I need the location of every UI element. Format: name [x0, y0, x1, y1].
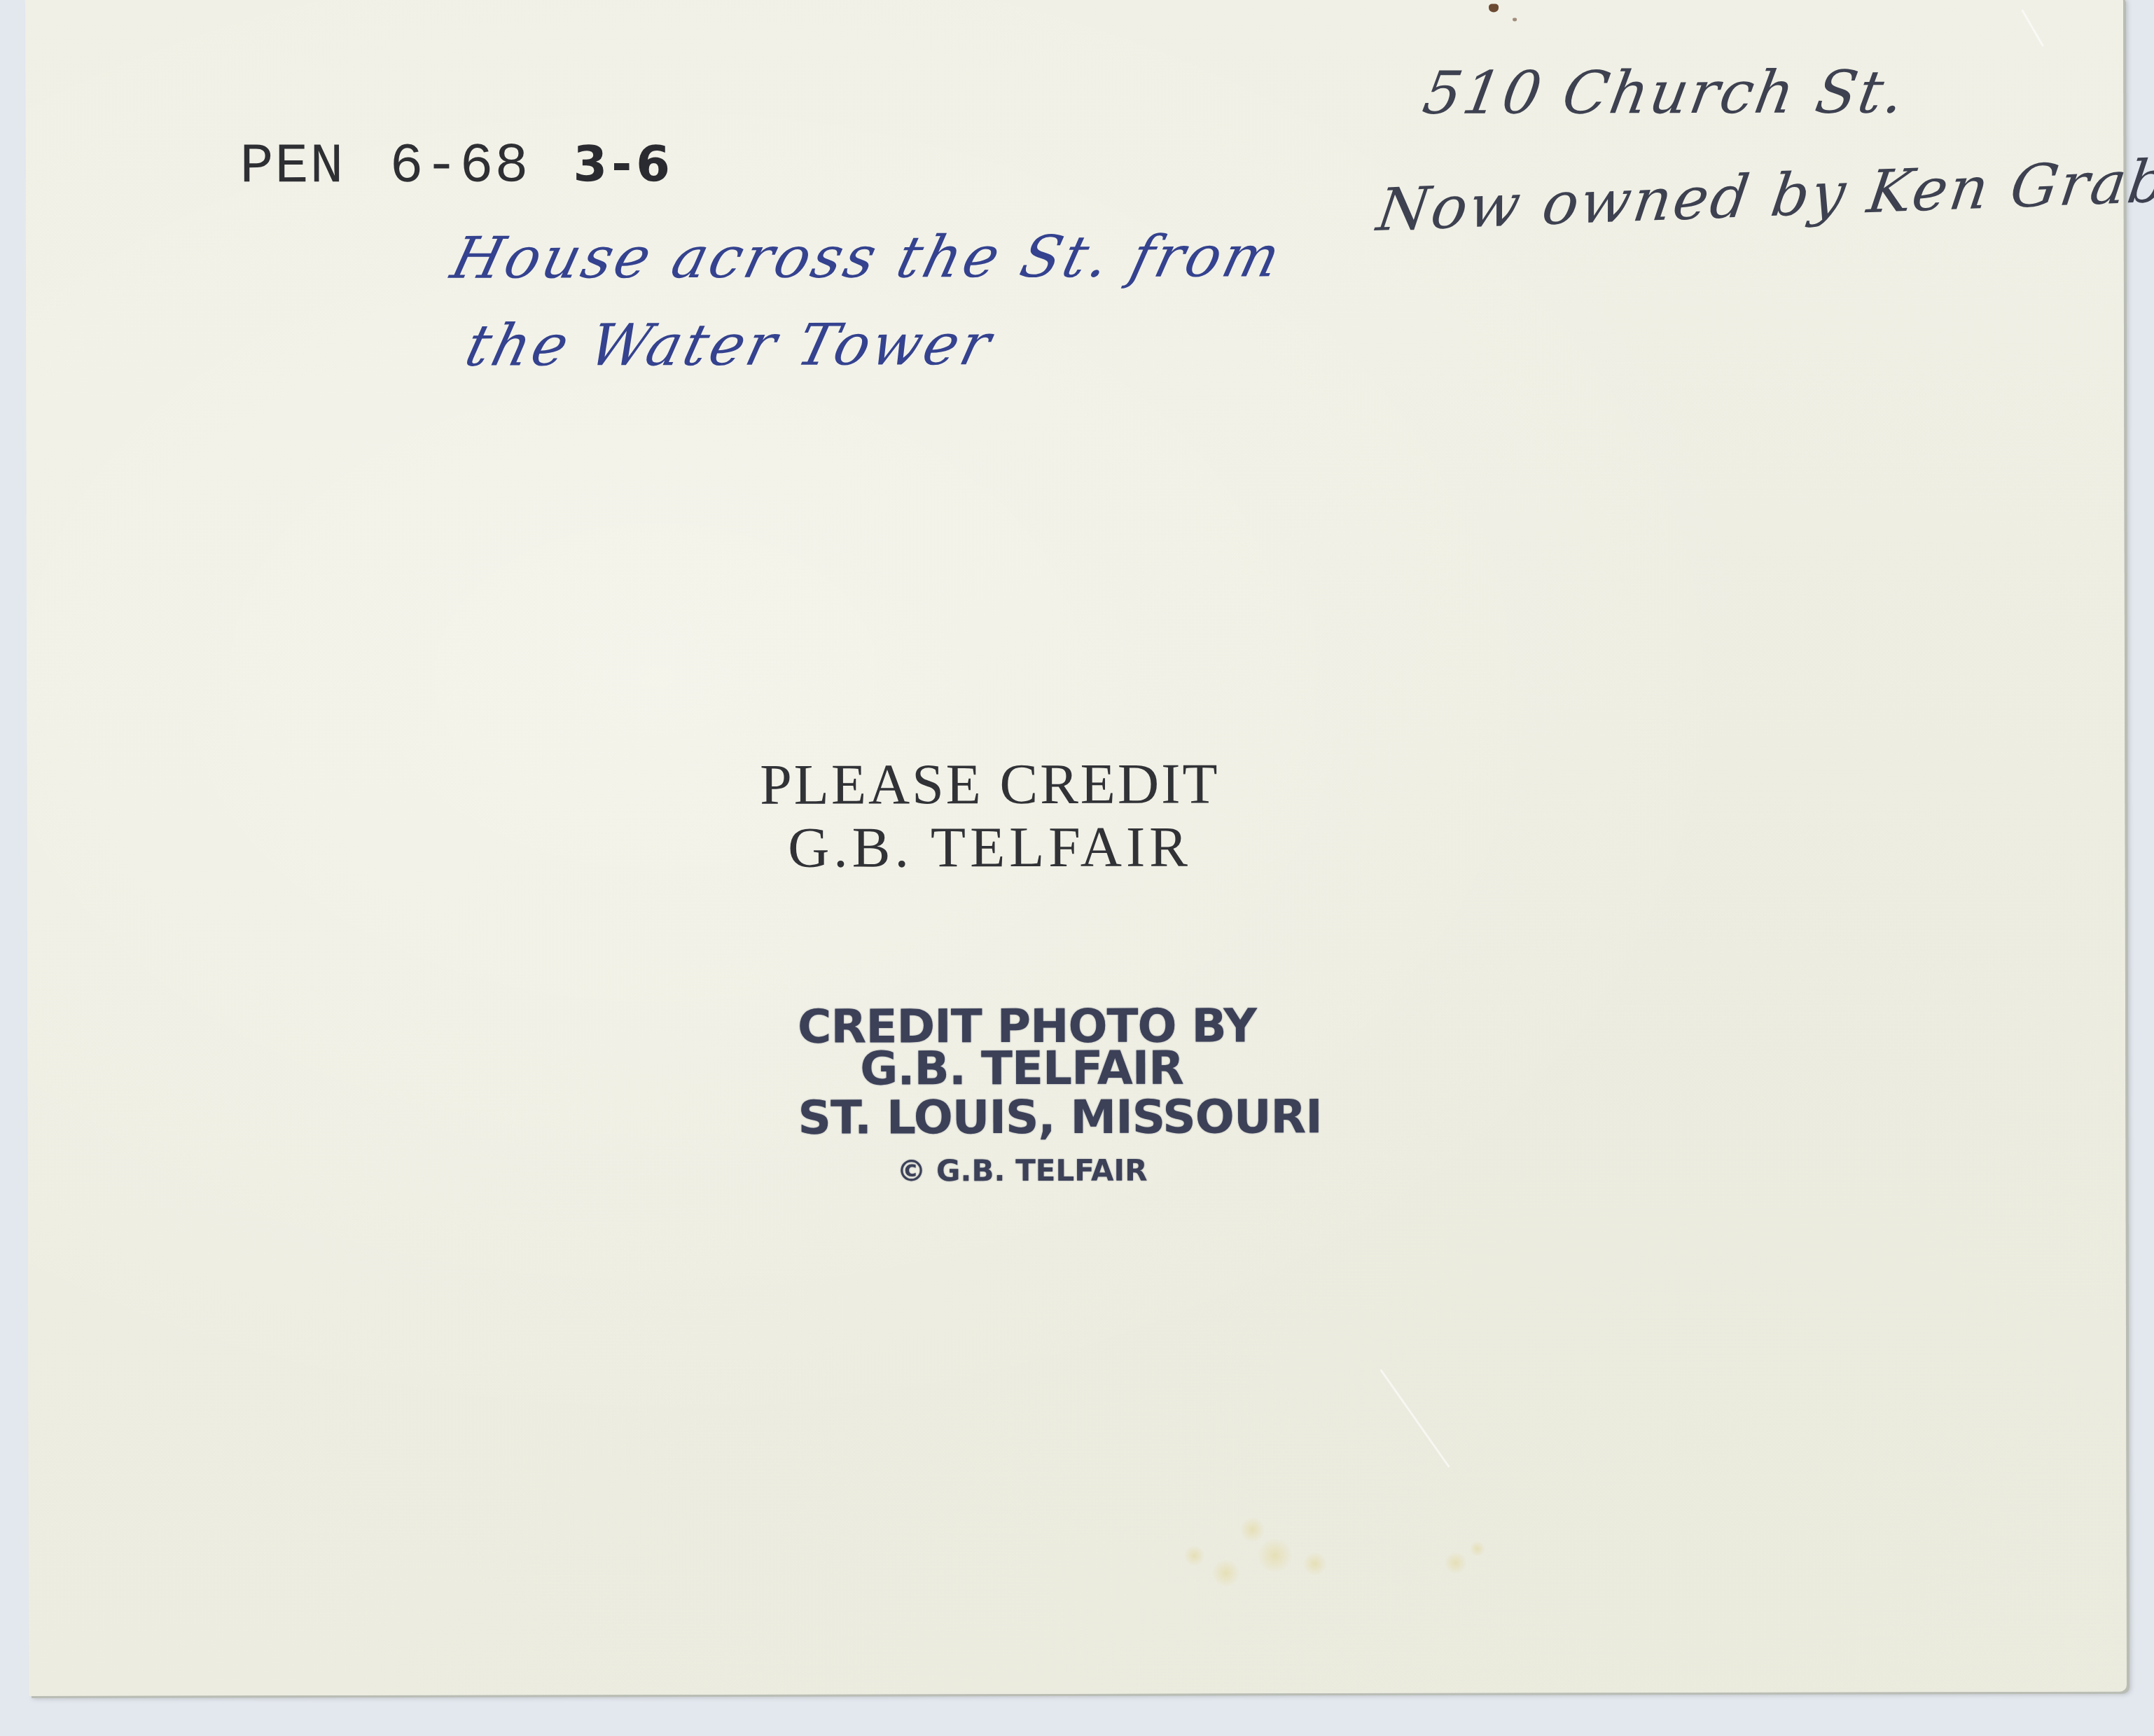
credit-photo-line-2: G.B. TELFAIR [798, 1045, 1246, 1092]
foxing-spot [1445, 1552, 1467, 1574]
please-credit-line-1: PLEASE CREDIT [748, 755, 1231, 813]
foxing-spot [1212, 1559, 1240, 1587]
graphite-handwritten-line-2: Now owned by Ken Graber [1374, 149, 2154, 239]
graphite-handwritten-line-1: 510 Church St. [1419, 62, 1910, 122]
catalog-line: PEN 6-68 3-6 [239, 139, 674, 195]
foxing-spot [1470, 1541, 1485, 1557]
blue-handwritten-line-1: House across the St. from [446, 228, 1288, 288]
foxing-spot [1303, 1552, 1327, 1576]
catalog-number: 6-68 [389, 139, 529, 195]
please-credit-stamp: PLEASE CREDIT G.B. TELFAIR [748, 755, 1231, 876]
paper-crease [2021, 9, 2044, 46]
photo-back-paper: PEN 6-68 3-6 House across the St. from t… [25, 0, 2127, 1696]
foxing-spot [1240, 1517, 1265, 1542]
edge-stain [1489, 4, 1499, 13]
paper-crease [1380, 1369, 1450, 1468]
foxing-spot [1184, 1545, 1205, 1566]
credit-photo-copyright: © G.B. TELFAIR [798, 1155, 1246, 1186]
please-credit-line-2: G.B. TELFAIR [748, 818, 1231, 876]
credit-photo-stamp: CREDIT PHOTO BY G.B. TELFAIR ST. LOUIS, … [798, 1003, 1246, 1186]
foxing-spot [1258, 1538, 1293, 1573]
catalog-prefix: PEN [239, 139, 345, 195]
edge-stain [1513, 18, 1517, 22]
credit-photo-line-3: ST. LOUIS, MISSOURI [798, 1094, 1246, 1141]
catalog-item: 3-6 [573, 139, 674, 188]
blue-handwritten-line-2: the Water Tower [460, 317, 999, 375]
